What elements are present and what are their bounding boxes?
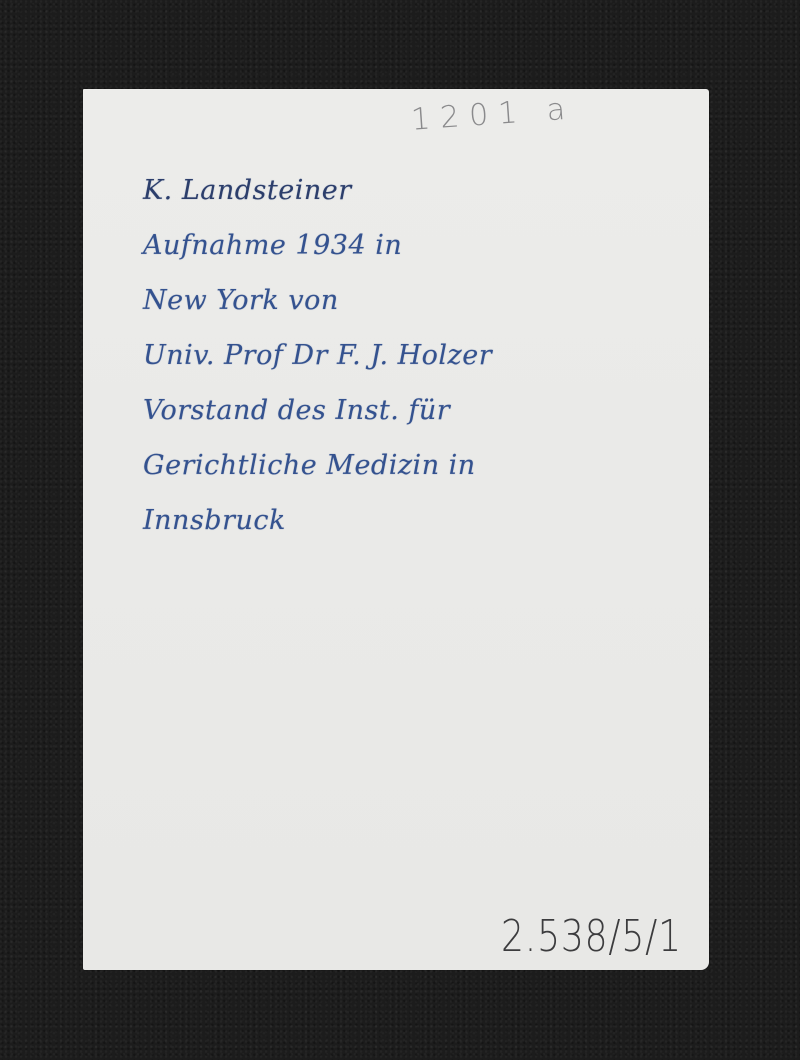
catalog-number: 2.538/5/1 xyxy=(501,911,682,962)
document-card: 1201 a K. Landsteiner Aufnahme 1934 in N… xyxy=(83,89,709,970)
handwritten-inscription: K. Landsteiner Aufnahme 1934 in New York… xyxy=(143,163,492,548)
inscription-line: New York von xyxy=(143,273,492,328)
inscription-line: Univ. Prof Dr F. J. Holzer xyxy=(143,328,492,383)
inscription-line: Gerichtliche Medizin in xyxy=(143,438,492,493)
inscription-line-name: K. Landsteiner xyxy=(143,163,492,218)
archive-number: 1201 a xyxy=(410,91,576,137)
inscription-line: Aufnahme 1934 in xyxy=(143,218,492,273)
inscription-line: Vorstand des Inst. für xyxy=(143,383,492,438)
inscription-line: Innsbruck xyxy=(143,493,492,548)
